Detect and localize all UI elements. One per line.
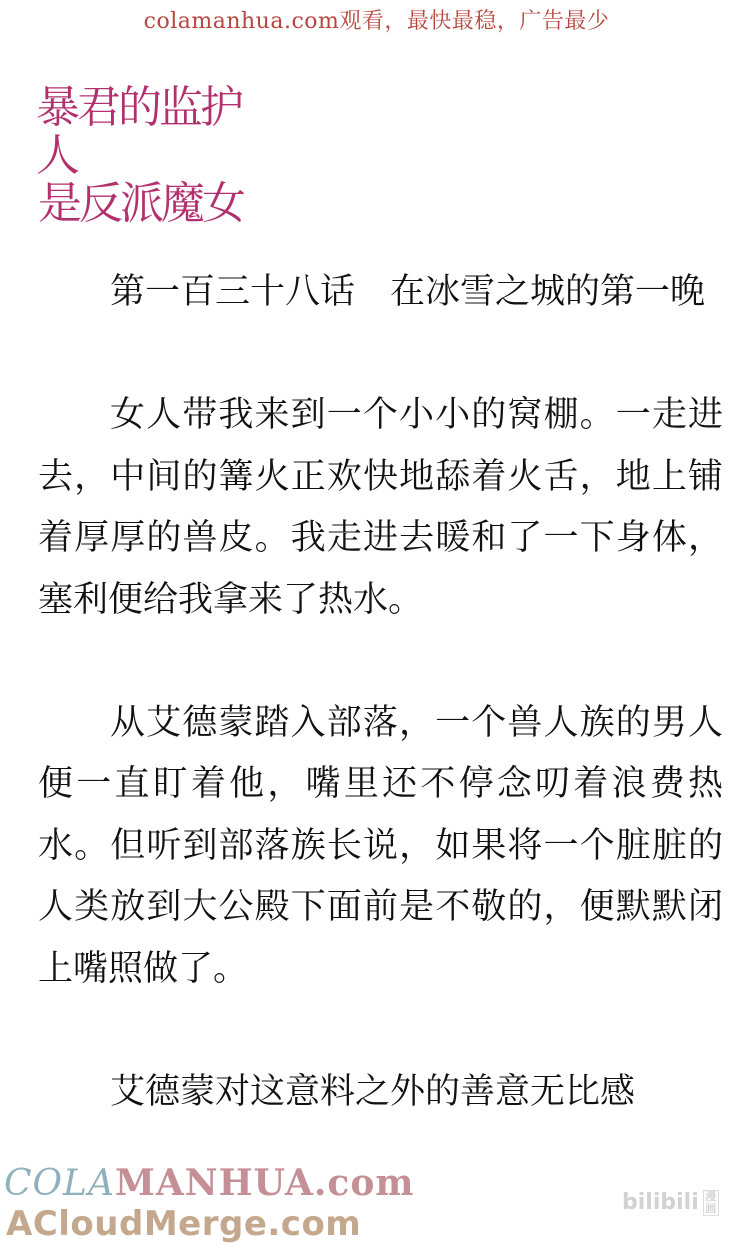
paragraph: 艾德蒙对这意料之外的善意无比感: [38, 1062, 723, 1124]
watermark-manhua: MANHUA.com: [115, 1162, 414, 1204]
colamanhua-watermark: COLAMANHUA.com: [4, 1162, 414, 1204]
bilibili-comics-watermark: bilibili漫画: [622, 1190, 719, 1216]
manhua-tag: 漫画: [703, 1190, 719, 1216]
watermark-cola: COLA: [4, 1163, 115, 1204]
site-banner: colamanhua.com观看，最快最稳，广告最少: [0, 4, 753, 35]
chapter-body: 第一百三十八话 在冰雪之城的第一晚 女人带我来到一个小小的窝棚。一走进去，中间的…: [38, 262, 723, 1123]
paragraph: 从艾德蒙踏入部落，一个兽人族的男人便一直盯着他，嘴里还不停念叨着浪费热水。但听到…: [38, 693, 723, 1001]
logo-line-1: 暴君的监护人: [36, 84, 266, 180]
paragraph-gap: [38, 631, 723, 693]
paragraph-gap: [38, 324, 723, 386]
paragraph: 女人带我来到一个小小的窝棚。一走进去，中间的篝火正欢快地舔着火舌，地上铺着厚厚的…: [38, 385, 723, 631]
bilibili-logo-text: bilibili: [622, 1190, 699, 1215]
chapter-title: 第一百三十八话 在冰雪之城的第一晚: [38, 262, 723, 324]
logo-line-2: 是反派魔女: [36, 180, 266, 228]
paragraph-gap: [38, 1000, 723, 1062]
acloudmerge-watermark: ACloudMerge.com: [6, 1204, 361, 1244]
comic-title-logo: 暴君的监护人 是反派魔女: [36, 84, 266, 228]
